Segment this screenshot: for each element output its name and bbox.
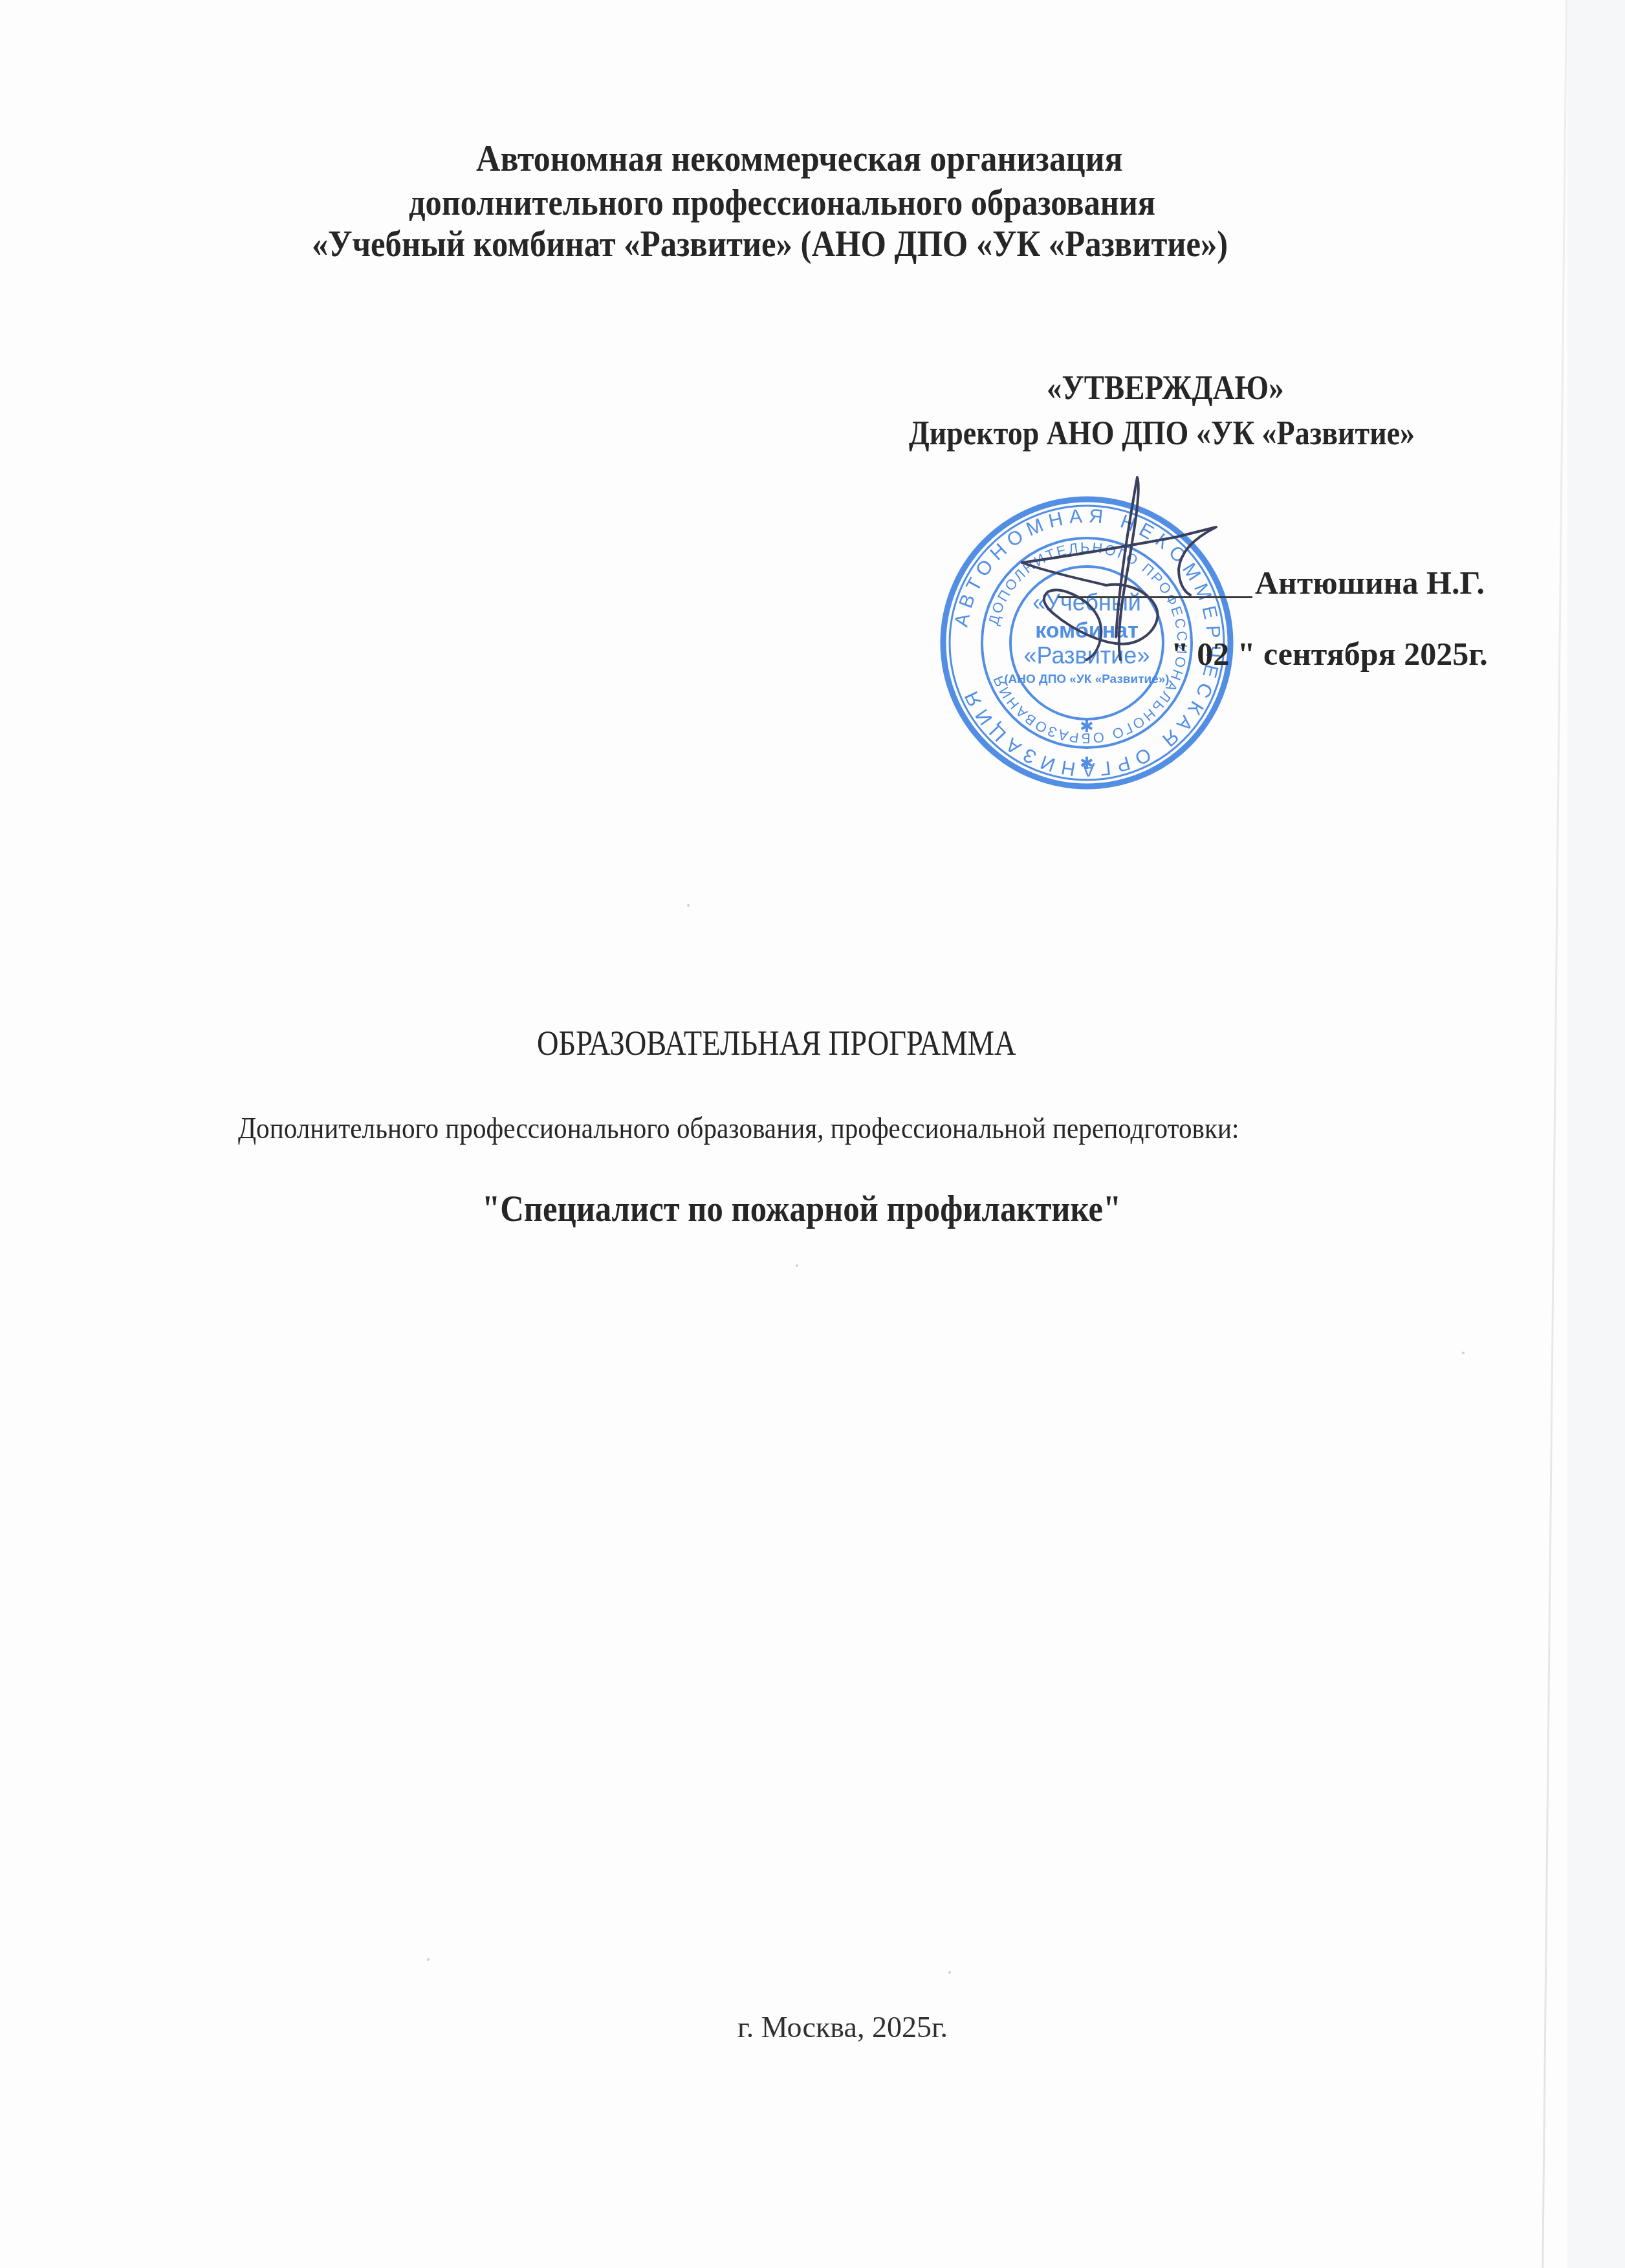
program-kind: ОБРАЗОВАТЕЛЬНАЯ ПРОГРАММА bbox=[537, 1026, 1016, 1061]
stamp-center-line-4: (АНО ДПО «УК «Развитие») bbox=[1004, 673, 1169, 686]
scan-speck bbox=[948, 1971, 951, 1974]
scan-speck bbox=[427, 1958, 430, 1961]
scan-speck bbox=[796, 1264, 798, 1267]
scan-speck bbox=[1462, 1352, 1465, 1354]
organization-line-1: Автономная некоммерческая организация bbox=[476, 141, 1123, 177]
svg-text:✱: ✱ bbox=[1080, 717, 1094, 736]
approval-position: Директор АНО ДПО «УК «Развитие» bbox=[909, 417, 1415, 451]
scan-page-edge bbox=[1542, 0, 1567, 2268]
program-subtitle: Дополнительного профессионального образо… bbox=[238, 1114, 1239, 1143]
approval-signatory: Антюшина Н.Г. bbox=[1255, 567, 1485, 599]
program-title: "Специалист по пожарной профилактике" bbox=[482, 1191, 1121, 1227]
organization-line-2: дополнительного профессионального образо… bbox=[409, 185, 1155, 221]
scan-speck bbox=[687, 904, 690, 907]
svg-text:✱: ✱ bbox=[1080, 753, 1094, 773]
approval-date: " 02 " сентября 2025г. bbox=[1171, 638, 1488, 670]
organization-line-3: «Учебный комбинат «Развитие» (АНО ДПО «У… bbox=[312, 226, 1228, 263]
scan-page-edge-shade bbox=[1567, 0, 1625, 2268]
approval-heading: «УТВЕРЖДАЮ» bbox=[1047, 372, 1284, 405]
place-and-year: г. Москва, 2025г. bbox=[737, 2013, 948, 2042]
